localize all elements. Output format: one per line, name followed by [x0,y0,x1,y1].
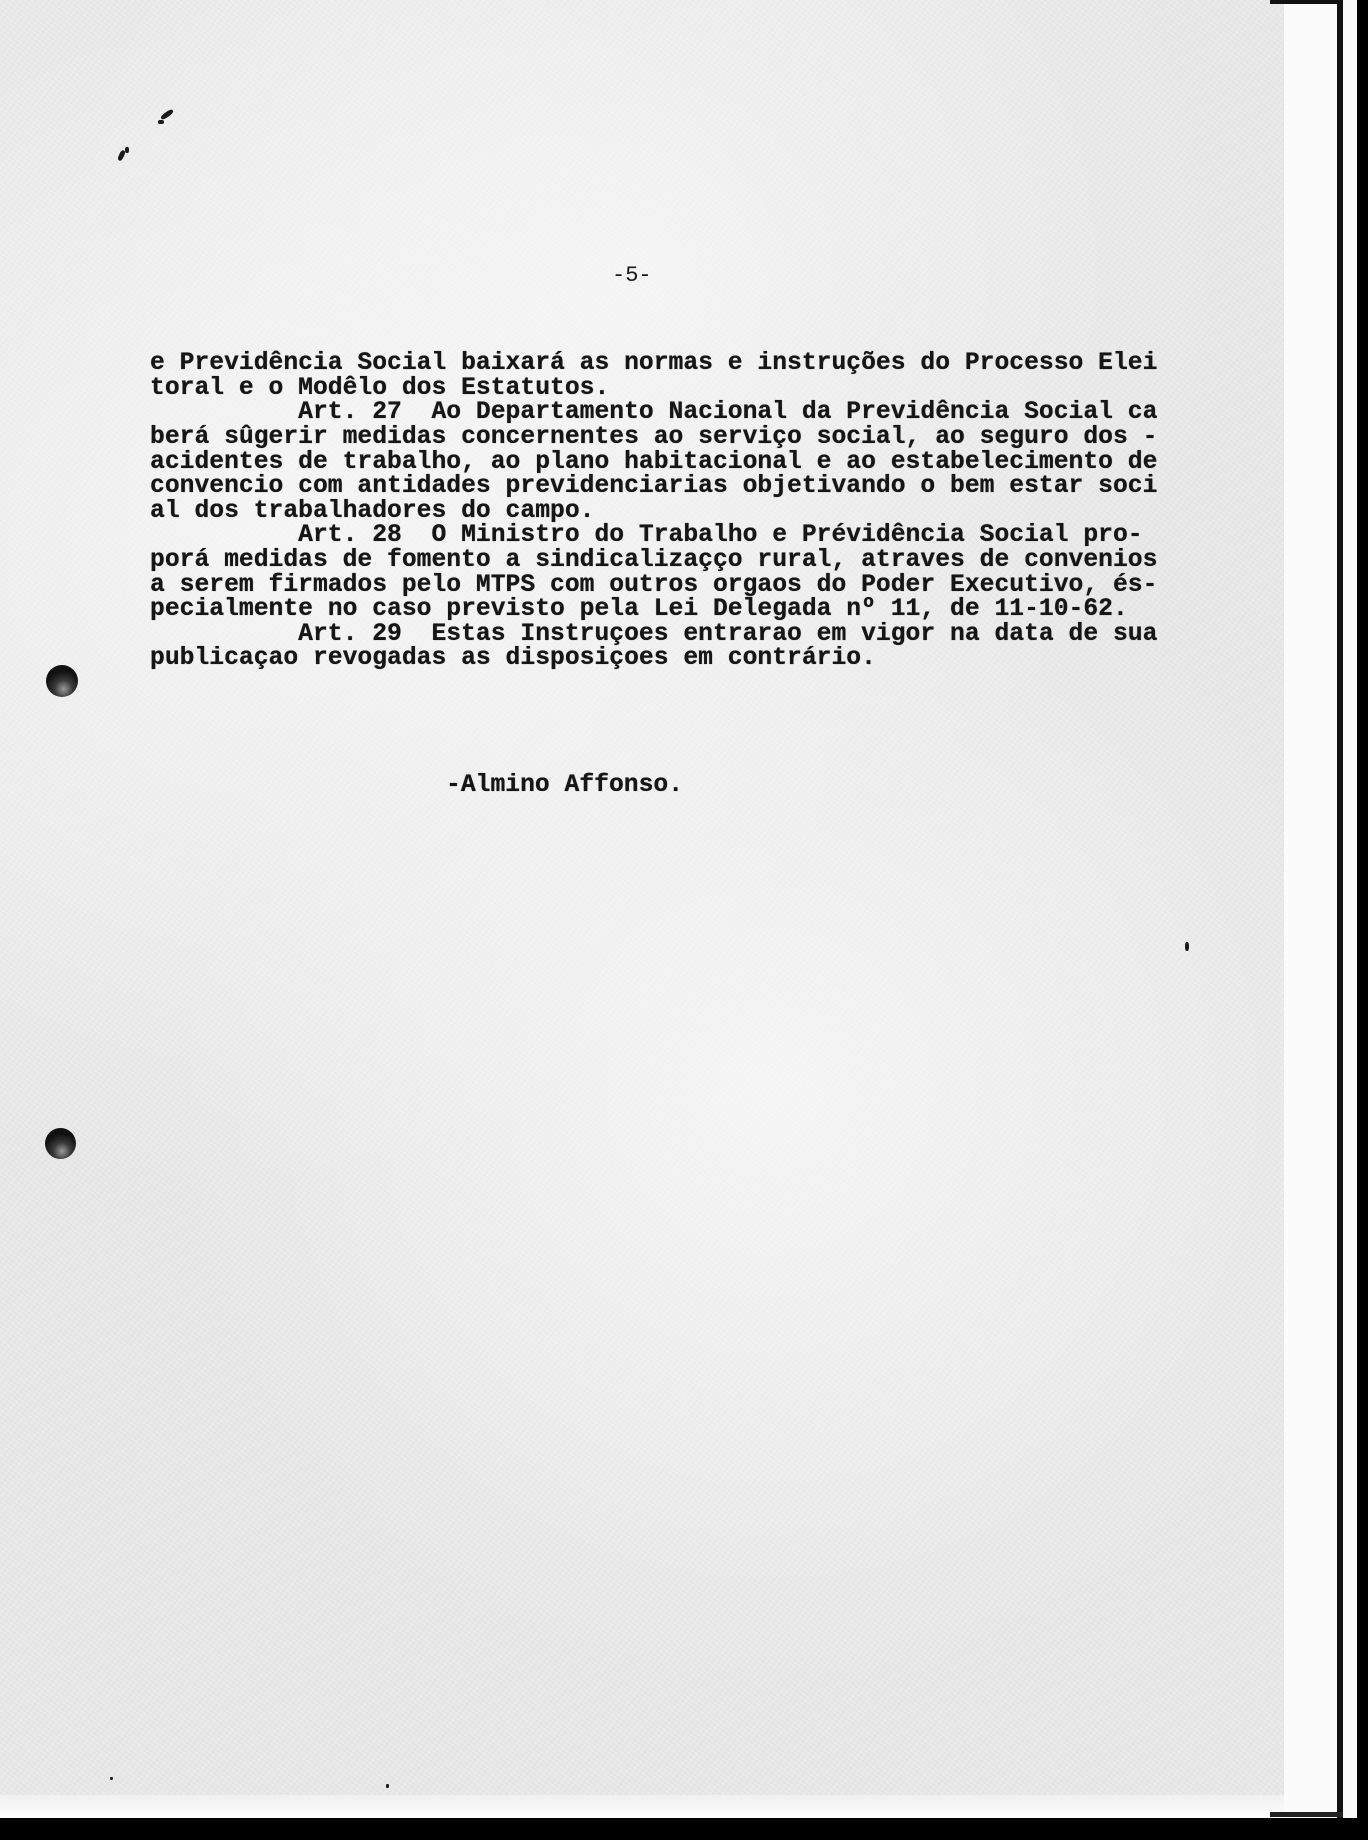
page-right-margin [1284,0,1337,1818]
page-number: -5- [612,263,652,288]
ink-mark [1185,942,1189,951]
text-line-art-27: Art. 27 Ao Departamento Nacional da Prev… [150,400,1210,425]
text-line: e Previdência Social baixará as normas e… [150,351,1210,376]
text-line: al dos trabalhadores do campo. [150,499,1210,524]
text-line-art-29: Art. 29 Estas Instruçoes entrarao em vig… [150,622,1210,647]
text-line: berá sûgerir medidas concernentes ao ser… [150,425,1210,450]
punch-hole-icon [46,665,78,697]
scan-outer-border [1357,0,1368,1840]
ink-mark [125,147,129,153]
text-line: acidentes de trabalho, ao plano habitaci… [150,450,1210,475]
signature: -Almino Affonso. [446,771,683,799]
scan-bottom-border [0,1818,1368,1840]
scan-edge-top [1270,0,1343,4]
text-line: publicaçao revogadas as disposiçoes em c… [150,646,1210,671]
ink-mark [386,1784,389,1788]
ink-mark [110,1777,113,1780]
document-body: e Previdência Social baixará as normas e… [150,302,1210,696]
punch-hole-icon [45,1128,76,1159]
text-line: pecialmente no caso previsto pela Lei De… [150,597,1210,622]
text-line: porá medidas de fomento a sindicalizaçço… [150,548,1210,573]
ink-mark [158,120,164,124]
text-line: toral e o Modêlo dos Estatutos. [150,376,1210,401]
text-line: a serem firmados pelo MTPS com outros or… [150,573,1210,598]
scan-edge-bottom [1270,1812,1343,1817]
text-line: convencio com antidades previdenciarias … [150,474,1210,499]
scan-outer-margin [1343,0,1357,1818]
text-line-art-28: Art. 28 O Ministro do Trabalho e Prévidê… [150,523,1210,548]
page-bottom-fade [0,1795,1284,1818]
